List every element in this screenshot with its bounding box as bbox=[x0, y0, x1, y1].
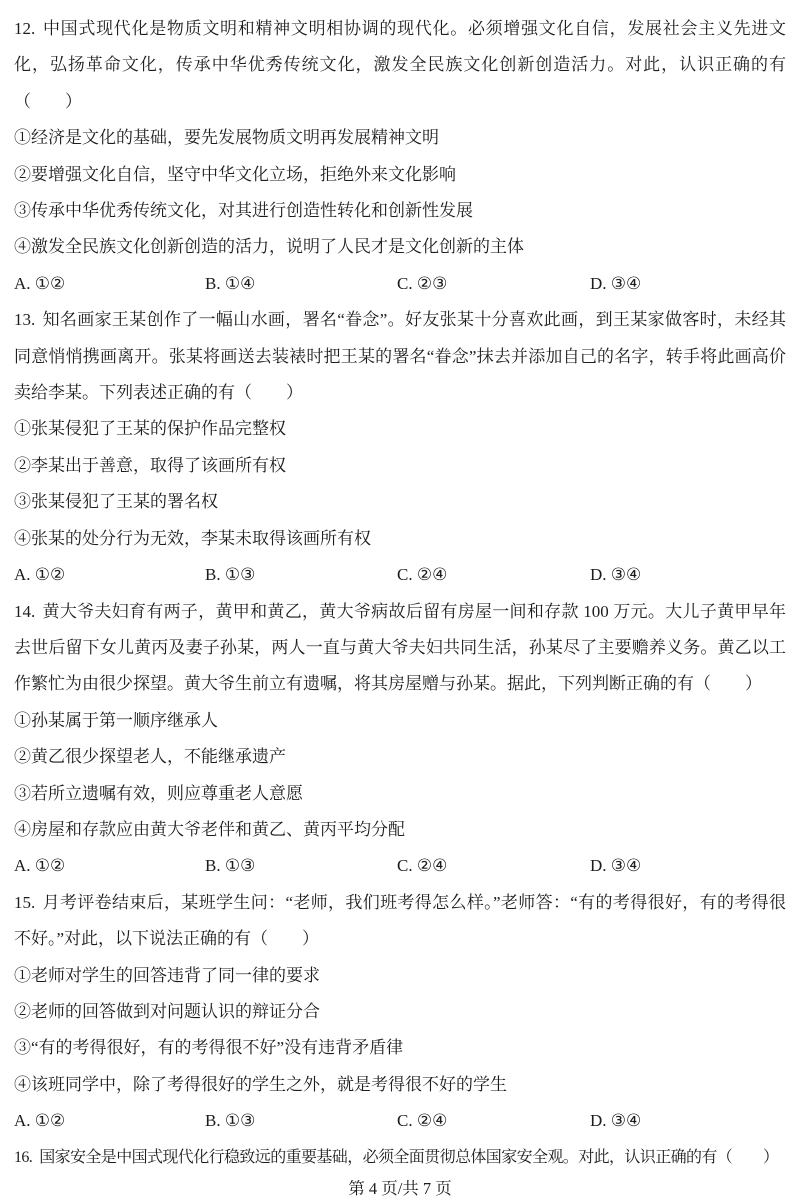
question-15-choice-b: B. ①③ bbox=[205, 1103, 397, 1139]
question-12-number: 12. bbox=[14, 19, 35, 38]
question-15-option-1: ①老师对学生的回答违背了同一律的要求 bbox=[14, 958, 786, 994]
question-13-number: 13. bbox=[14, 310, 35, 329]
question-15-choice-d: D. ③④ bbox=[590, 1103, 786, 1139]
question-12-choice-a: A. ①② bbox=[14, 266, 205, 302]
question-15-option-4: ④该班同学中，除了考得很好的学生之外，就是考得很不好的学生 bbox=[14, 1067, 786, 1103]
question-16-number: 16. bbox=[14, 1149, 32, 1166]
question-15-text: 月考评卷结束后，某班学生问：“老师，我们班考得怎么样。”老师答：“有的考得很好，… bbox=[14, 893, 786, 948]
question-14-choice-d: D. ③④ bbox=[590, 848, 786, 884]
question-14-choice-b: B. ①③ bbox=[205, 848, 397, 884]
question-12-stem: 12.中国式现代化是物质文明和精神文明相协调的现代化。必须增强文化自信，发展社会… bbox=[14, 11, 786, 120]
question-14-choice-a: A. ①② bbox=[14, 848, 205, 884]
question-14-option-1: ①孙某属于第一顺序继承人 bbox=[14, 703, 786, 739]
question-16-text: 国家安全是中国式现代化行稳致远的重要基础，必须全面贯彻总体国家安全观。对此，认识… bbox=[39, 1149, 778, 1166]
question-16-stem: 16.国家安全是中国式现代化行稳致远的重要基础，必须全面贯彻总体国家安全观。对此… bbox=[14, 1140, 786, 1176]
question-12-choice-d: D. ③④ bbox=[590, 266, 786, 302]
question-15-number: 15. bbox=[14, 893, 35, 912]
question-12-answer-row: A. ①② B. ①④ C. ②③ D. ③④ bbox=[14, 266, 786, 302]
question-13-stem: 13.知名画家王某创作了一幅山水画，署名“眷念”。好友张某十分喜欢此画，到王某家… bbox=[14, 302, 786, 411]
question-14-option-4: ④房屋和存款应由黄大爷老伴和黄乙、黄丙平均分配 bbox=[14, 812, 786, 848]
question-14-option-3: ③若所立遗嘱有效，则应尊重老人意愿 bbox=[14, 776, 786, 812]
question-12-option-3: ③传承中华优秀传统文化，对其进行创造性转化和创新性发展 bbox=[14, 193, 786, 229]
question-13-choice-a: A. ①② bbox=[14, 557, 205, 593]
question-14-number: 14. bbox=[14, 602, 35, 621]
question-14-option-2: ②黄乙很少探望老人，不能继承遗产 bbox=[14, 739, 786, 775]
question-12-option-1: ①经济是文化的基础，要先发展物质文明再发展精神文明 bbox=[14, 120, 786, 156]
question-12-option-2: ②要增强文化自信，坚守中华文化立场，拒绝外来文化影响 bbox=[14, 157, 786, 193]
question-13-text: 知名画家王某创作了一幅山水画，署名“眷念”。好友张某十分喜欢此画，到王某家做客时… bbox=[14, 310, 786, 402]
question-16: 16.国家安全是中国式现代化行稳致远的重要基础，必须全面贯彻总体国家安全观。对此… bbox=[14, 1140, 786, 1176]
question-13-option-4: ④张某的处分行为无效，李某未取得该画所有权 bbox=[14, 521, 786, 557]
question-12-text: 中国式现代化是物质文明和精神文明相协调的现代化。必须增强文化自信，发展社会主义先… bbox=[14, 19, 786, 111]
question-13-option-1: ①张某侵犯了王某的保护作品完整权 bbox=[14, 411, 786, 447]
question-14: 14.黄大爷夫妇育有两子，黄甲和黄乙，黄大爷病故后留有房屋一间和存款 100 万… bbox=[14, 594, 786, 885]
question-13-choice-d: D. ③④ bbox=[590, 557, 786, 593]
question-13-option-2: ②李某出于善意，取得了该画所有权 bbox=[14, 448, 786, 484]
question-15-choice-a: A. ①② bbox=[14, 1103, 205, 1139]
question-15-stem: 15.月考评卷结束后，某班学生问：“老师，我们班考得怎么样。”老师答：“有的考得… bbox=[14, 885, 786, 958]
question-14-choice-c: C. ②④ bbox=[397, 848, 590, 884]
page-footer: 第 4 页/共 7 页 bbox=[14, 1176, 786, 1202]
question-15-option-3: ③“有的考得很好，有的考得很不好”没有违背矛盾律 bbox=[14, 1030, 786, 1066]
question-14-text: 黄大爷夫妇育有两子，黄甲和黄乙，黄大爷病故后留有房屋一间和存款 100 万元。大… bbox=[14, 602, 786, 694]
question-14-stem: 14.黄大爷夫妇育有两子，黄甲和黄乙，黄大爷病故后留有房屋一间和存款 100 万… bbox=[14, 594, 786, 703]
question-13-choice-b: B. ①③ bbox=[205, 557, 397, 593]
question-12: 12.中国式现代化是物质文明和精神文明相协调的现代化。必须增强文化自信，发展社会… bbox=[14, 11, 786, 302]
question-15-option-2: ②老师的回答做到对问题认识的辩证分合 bbox=[14, 994, 786, 1030]
question-13-option-3: ③张某侵犯了王某的署名权 bbox=[14, 484, 786, 520]
question-13: 13.知名画家王某创作了一幅山水画，署名“眷念”。好友张某十分喜欢此画，到王某家… bbox=[14, 302, 786, 593]
question-15-choice-c: C. ②④ bbox=[397, 1103, 590, 1139]
exam-page: 12.中国式现代化是物质文明和精神文明相协调的现代化。必须增强文化自信，发展社会… bbox=[0, 0, 800, 1204]
question-12-choice-b: B. ①④ bbox=[205, 266, 397, 302]
question-12-choice-c: C. ②③ bbox=[397, 266, 590, 302]
question-15-answer-row: A. ①② B. ①③ C. ②④ D. ③④ bbox=[14, 1103, 786, 1139]
question-15: 15.月考评卷结束后，某班学生问：“老师，我们班考得怎么样。”老师答：“有的考得… bbox=[14, 885, 786, 1140]
question-13-choice-c: C. ②④ bbox=[397, 557, 590, 593]
question-13-answer-row: A. ①② B. ①③ C. ②④ D. ③④ bbox=[14, 557, 786, 593]
question-12-option-4: ④激发全民族文化创新创造的活力，说明了人民才是文化创新的主体 bbox=[14, 229, 786, 265]
question-14-answer-row: A. ①② B. ①③ C. ②④ D. ③④ bbox=[14, 848, 786, 884]
